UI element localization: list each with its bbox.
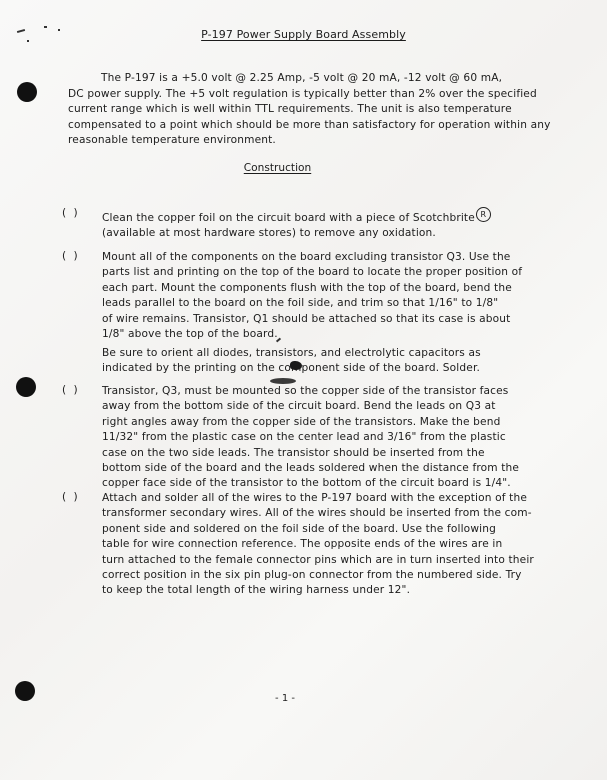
- step-checkbox[interactable]: ( ): [62, 384, 80, 396]
- binder-hole: [17, 82, 37, 102]
- step-line: of wire remains. Transistor, Q1 should b…: [102, 312, 522, 327]
- step-4: Attach and solder all of the wires to th…: [102, 491, 534, 599]
- document-title: P-197 Power Supply Board Assembly: [0, 28, 607, 41]
- step-line: correct position in the six pin plug-on …: [102, 568, 534, 583]
- binder-hole: [16, 377, 36, 397]
- step-line: copper face side of the transistor to th…: [102, 476, 519, 491]
- intro-line: reasonable temperature environment.: [68, 133, 551, 149]
- step-line: Transistor, Q3, must be mounted so the c…: [102, 384, 519, 399]
- step-line: away from the bottom side of the circuit…: [102, 399, 519, 414]
- note-line: Be sure to orient all diodes, transistor…: [102, 346, 481, 361]
- step-checkbox[interactable]: ( ): [62, 250, 80, 262]
- step-line: right angles away from the copper side o…: [102, 415, 519, 430]
- step-1: Clean the copper foil on the circuit boa…: [102, 207, 491, 242]
- intro-line: compensated to a point which should be m…: [68, 118, 551, 134]
- step-checkbox[interactable]: ( ): [62, 207, 80, 219]
- intro-line: current range which is well within TTL r…: [68, 102, 551, 118]
- step-line: each part. Mount the components flush wi…: [102, 281, 522, 296]
- step-line: case on the two side leads. The transist…: [102, 446, 519, 461]
- page-number: - 1 -: [0, 693, 570, 704]
- step-line: turn attached to the female connector pi…: [102, 553, 534, 568]
- intro-line: The P-197 is a +5.0 volt @ 2.25 Amp, -5 …: [68, 71, 551, 87]
- intro-paragraph: The P-197 is a +5.0 volt @ 2.25 Amp, -5 …: [68, 71, 551, 149]
- step-line: table for wire connection reference. The…: [102, 537, 534, 552]
- step-checkbox[interactable]: ( ): [62, 491, 80, 503]
- step-line: Attach and solder all of the wires to th…: [102, 491, 534, 506]
- step-line: bottom side of the board and the leads s…: [102, 461, 519, 476]
- step-line: to keep the total length of the wiring h…: [102, 583, 534, 598]
- step-line: transformer secondary wires. All of the …: [102, 506, 534, 521]
- intro-line: DC power supply. The +5 volt regulation …: [68, 87, 551, 103]
- step-line: Clean the copper foil on the circuit boa…: [102, 207, 491, 226]
- step-line: Mount all of the components on the board…: [102, 250, 522, 265]
- step-line: 1/8" above the top of the board.: [102, 327, 522, 342]
- step-line: parts list and printing on the top of th…: [102, 265, 522, 280]
- section-heading: Construction: [0, 162, 555, 174]
- step-3: Transistor, Q3, must be mounted so the c…: [102, 384, 519, 492]
- ink-smudge: [290, 361, 302, 370]
- document-page: P-197 Power Supply Board Assembly The P-…: [0, 0, 607, 780]
- step-line: 11/32" from the plastic case on the cent…: [102, 430, 519, 445]
- step-line: ponent side and soldered on the foil sid…: [102, 522, 534, 537]
- registered-trademark-icon: R: [476, 207, 491, 222]
- step-2: Mount all of the components on the board…: [102, 250, 522, 342]
- step-line: (available at most hardware stores) to r…: [102, 226, 491, 241]
- step-line: leads parallel to the board on the foil …: [102, 296, 522, 311]
